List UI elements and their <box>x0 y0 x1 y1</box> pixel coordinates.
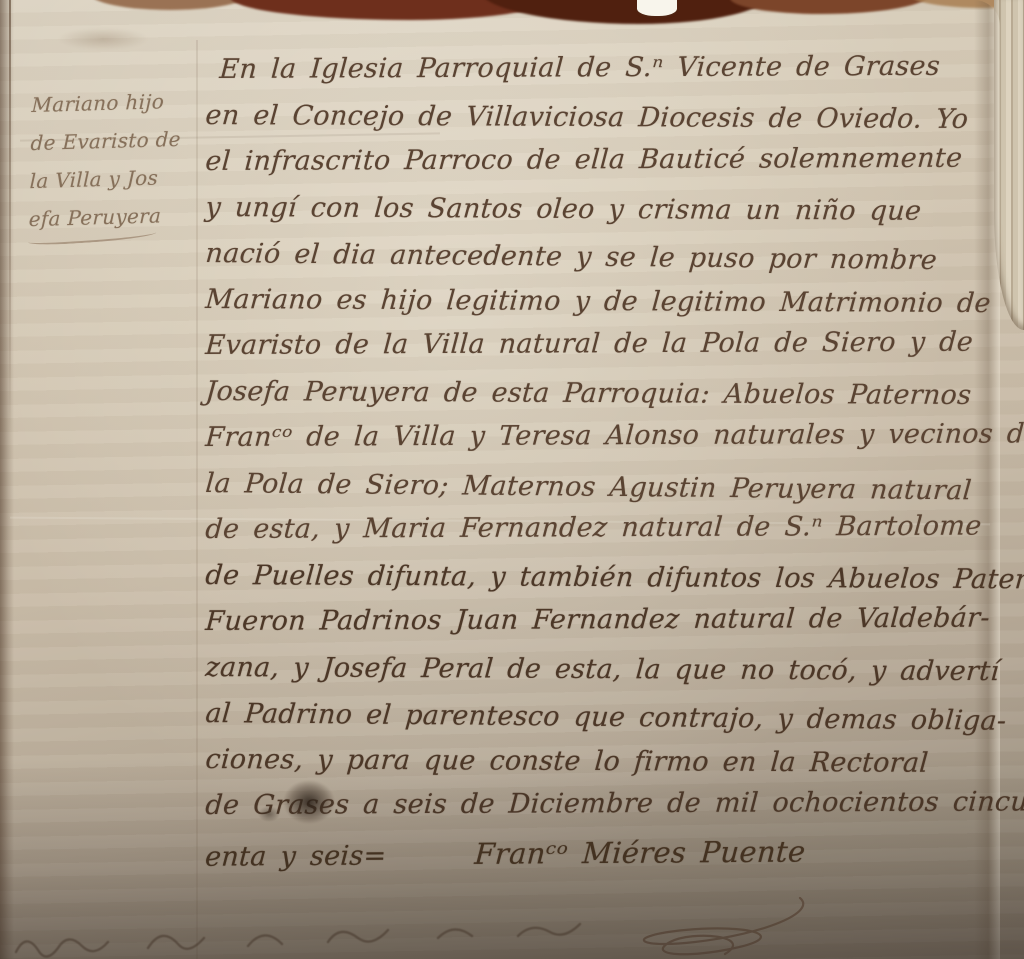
priest-signature: Franᶜᵒ Miéres Puente <box>474 835 807 871</box>
margin-note-line: de Evaristo de <box>30 119 199 162</box>
record-line: de esta, y Maria Fernandez natural de S.… <box>203 511 987 560</box>
stain-blob <box>730 0 930 14</box>
record-closing-text: enta y seis= <box>204 840 387 872</box>
record-line: nació el dia antecedente y se le puso po… <box>203 238 987 291</box>
margin-note: Mariano hijo de Evaristo de la Villa y J… <box>28 81 200 244</box>
book-pages-fore-edge <box>994 0 1024 330</box>
margin-note-line: la Villa y Jos <box>29 157 198 200</box>
stain-blob <box>480 0 770 24</box>
baptism-record-text: En la Iglesia Parroquial de S.ⁿ Vicente … <box>205 54 986 882</box>
record-line: zana, y Josefa Peral de esta, la que no … <box>203 652 987 702</box>
binding-stain <box>150 0 920 30</box>
next-entry-partial-strokes <box>8 918 648 959</box>
faint-ink-smudge <box>58 28 148 50</box>
record-line: el infrascrito Parroco de ella Bauticé s… <box>203 143 987 192</box>
page-top-notch <box>637 0 677 16</box>
record-line: y ungí con los Santos oleo y crisma un n… <box>203 192 987 242</box>
binding-edge-line <box>9 0 11 430</box>
register-page: Mariano hijo de Evaristo de la Villa y J… <box>0 0 1024 959</box>
binding-gutter-shadow <box>0 0 14 959</box>
record-line: Franᶜᵒ de la Villa y Teresa Alonso natur… <box>203 419 987 468</box>
ink-blot-small <box>258 806 280 822</box>
record-line: Evaristo de la Villa natural de la Pola … <box>203 327 987 376</box>
record-line: al Padrino el parentesco que contrajo, y… <box>203 698 987 751</box>
stain-blob <box>90 0 250 10</box>
record-line: En la Iglesia Parroquial de S.ⁿ Vicente … <box>203 51 987 100</box>
record-line: Fueron Padrinos Juan Fernandez natural d… <box>203 603 987 652</box>
record-closing-line: enta y seis=Franᶜᵒ Miéres Puente <box>203 833 987 884</box>
margin-note-line: Mariano hijo <box>31 81 200 124</box>
